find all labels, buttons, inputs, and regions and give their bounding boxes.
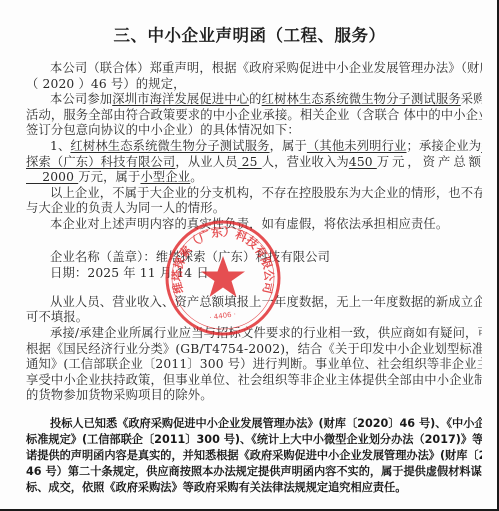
item1-contractor-label: ；承接企业为 <box>407 139 482 153</box>
item1-size: 小型企业 <box>140 170 190 184</box>
signature-company-label: 企业名称（盖章）： <box>50 250 156 264</box>
para2-line2: 活动，服务全部由符合政策要求的中小企业承接。相关企业（含联合 体中的中小企业、 <box>26 108 482 124</box>
signature-date: 2025 年 11 月 14 日 <box>87 266 208 280</box>
item1-assets-unit: 万元，属于 <box>78 170 140 184</box>
item1-service: 红树林生态系统微生物分子测试服务 <box>70 139 269 153</box>
item1-line3: 2000 万元，属于小型企业。 <box>26 170 482 186</box>
note2-line4: 享受中小企业扶持政策，但事业单位、社会组织等非企业主体提供全部由中小企业制造 <box>26 373 482 389</box>
note1-line1: 从业人员、营业收入、资产总额填报上一年度数据，无上一年度数据的新成立企业 <box>26 295 482 311</box>
item1-industry: （其他未列明行业 <box>307 139 407 153</box>
para3-line2: 与大企业的负责人为同一人的情形。 <box>26 201 482 217</box>
note1-line2: 可不填报。 <box>26 310 482 326</box>
bold-note-line2: 标准规定》(工信部联企〔2011〕300 号)、《统计上大中小微型企业划分办法（… <box>26 432 482 448</box>
para2-line1: 本公司参加深圳市海洋发展促进中心的红树林生态系统微生物分子测试服务采购 <box>26 92 482 108</box>
bold-note-line3: 诺提供的声明函内容是真实的，并知悉根据《政府采购促进中小企业发展管理办法》(财库… <box>26 448 482 464</box>
note2-line5: 的货物参加货物采购项目的除外。 <box>26 388 482 404</box>
item1-assets: 2000 <box>26 170 78 184</box>
item1-company-part2: 探索（广东）科技有限公司 <box>26 155 175 169</box>
project-name: 红树林生态系统微生物分子测试服务 <box>262 92 461 106</box>
para2-pre: 本公司参加 <box>50 92 112 106</box>
bold-note-line5: 标、成交，依照《政府采购法》等政府采购有关法律法规规定追究相应责任。 <box>26 480 482 496</box>
item1-staff-label: ，从业人员 <box>175 155 237 169</box>
item1-revenue: 450 <box>349 155 377 169</box>
bold-note-line1: 投标人已知悉《政府采购促进中小企业发展管理办法》(财库〔2020〕46 号)、《… <box>26 416 482 432</box>
item1-staff-count: 25 <box>238 155 262 169</box>
note2-line3: 通知》(工信部联企业〔2011〕300 号）进行判断。事业单位、社会组织等非企业… <box>26 357 482 373</box>
para3-line1: 以上企业，不属于大企业的分支机构，不存在控股股东为大企业的情形，也不存在 <box>26 186 482 202</box>
para4: 本企业对上述声明内容的真实性负责，如有虚假，将依法承担相应责任。 <box>26 217 482 233</box>
signature-company-name: 维塔探索（广东）科技有限公司 <box>156 250 330 264</box>
item1-number: 1、 <box>50 139 70 153</box>
para1-line1: 本公司（联合体）郑重声明，根据《政府采购促进中小企业发展管理办法》（财库 <box>26 61 482 77</box>
item1-end: 。 <box>190 170 202 184</box>
purchaser-name: 深圳市海洋发展促进中心 <box>112 92 249 106</box>
signature-company-line: 企业名称（盖章）：维塔探索（广东）科技有限公司 <box>26 250 482 266</box>
item1-line2: 探索（广东）科技有限公司，从业人员 25 人，营业收入为450 万元，资产总额为 <box>26 155 482 171</box>
signature-date-label: 日期： <box>50 266 87 280</box>
para2-post: 采购 <box>461 92 482 106</box>
item1-belongs: ，属于 <box>270 139 307 153</box>
bold-note-line4: 46 号）第二十条规定，供应商按照本办法规定提供声明函内容不实的，属于提供虚假材… <box>26 464 482 480</box>
item1-line1: 1、红树林生态系统微生物分子测试服务，属于（其他未列明行业；承接企业为维塔 <box>26 139 482 155</box>
note2-line1: 承接/承建企业所属行业应当与招标文件要求的行业相一致，供应商如有疑问，可 <box>26 326 482 342</box>
note2-line2: 根据《国民经济行业分类》(GB/T4754-2002)，结合《关于印发中小企业划… <box>26 342 482 358</box>
item1-staff-unit: 人，营业收入为 <box>262 155 349 169</box>
para1-line2: （ 2020 ）46 号）的规定， <box>26 77 482 93</box>
document-page: 三、中小企业声明函（工程、服务） 本公司（联合体）郑重声明，根据《政府采购促进中… <box>0 0 499 511</box>
item1-revenue-unit: 万元，资产总额为 <box>377 155 482 169</box>
para2-line3: 签订分包意向协议的中小企业）的具体情况如下： <box>26 123 482 139</box>
page-title: 三、中小企业声明函（工程、服务） <box>0 22 499 46</box>
para2-mid: 的 <box>249 92 261 106</box>
item1-company-part1: 维塔 <box>481 139 482 153</box>
signature-date-line: 日期：2025 年 11 月 14 日 <box>26 266 482 282</box>
